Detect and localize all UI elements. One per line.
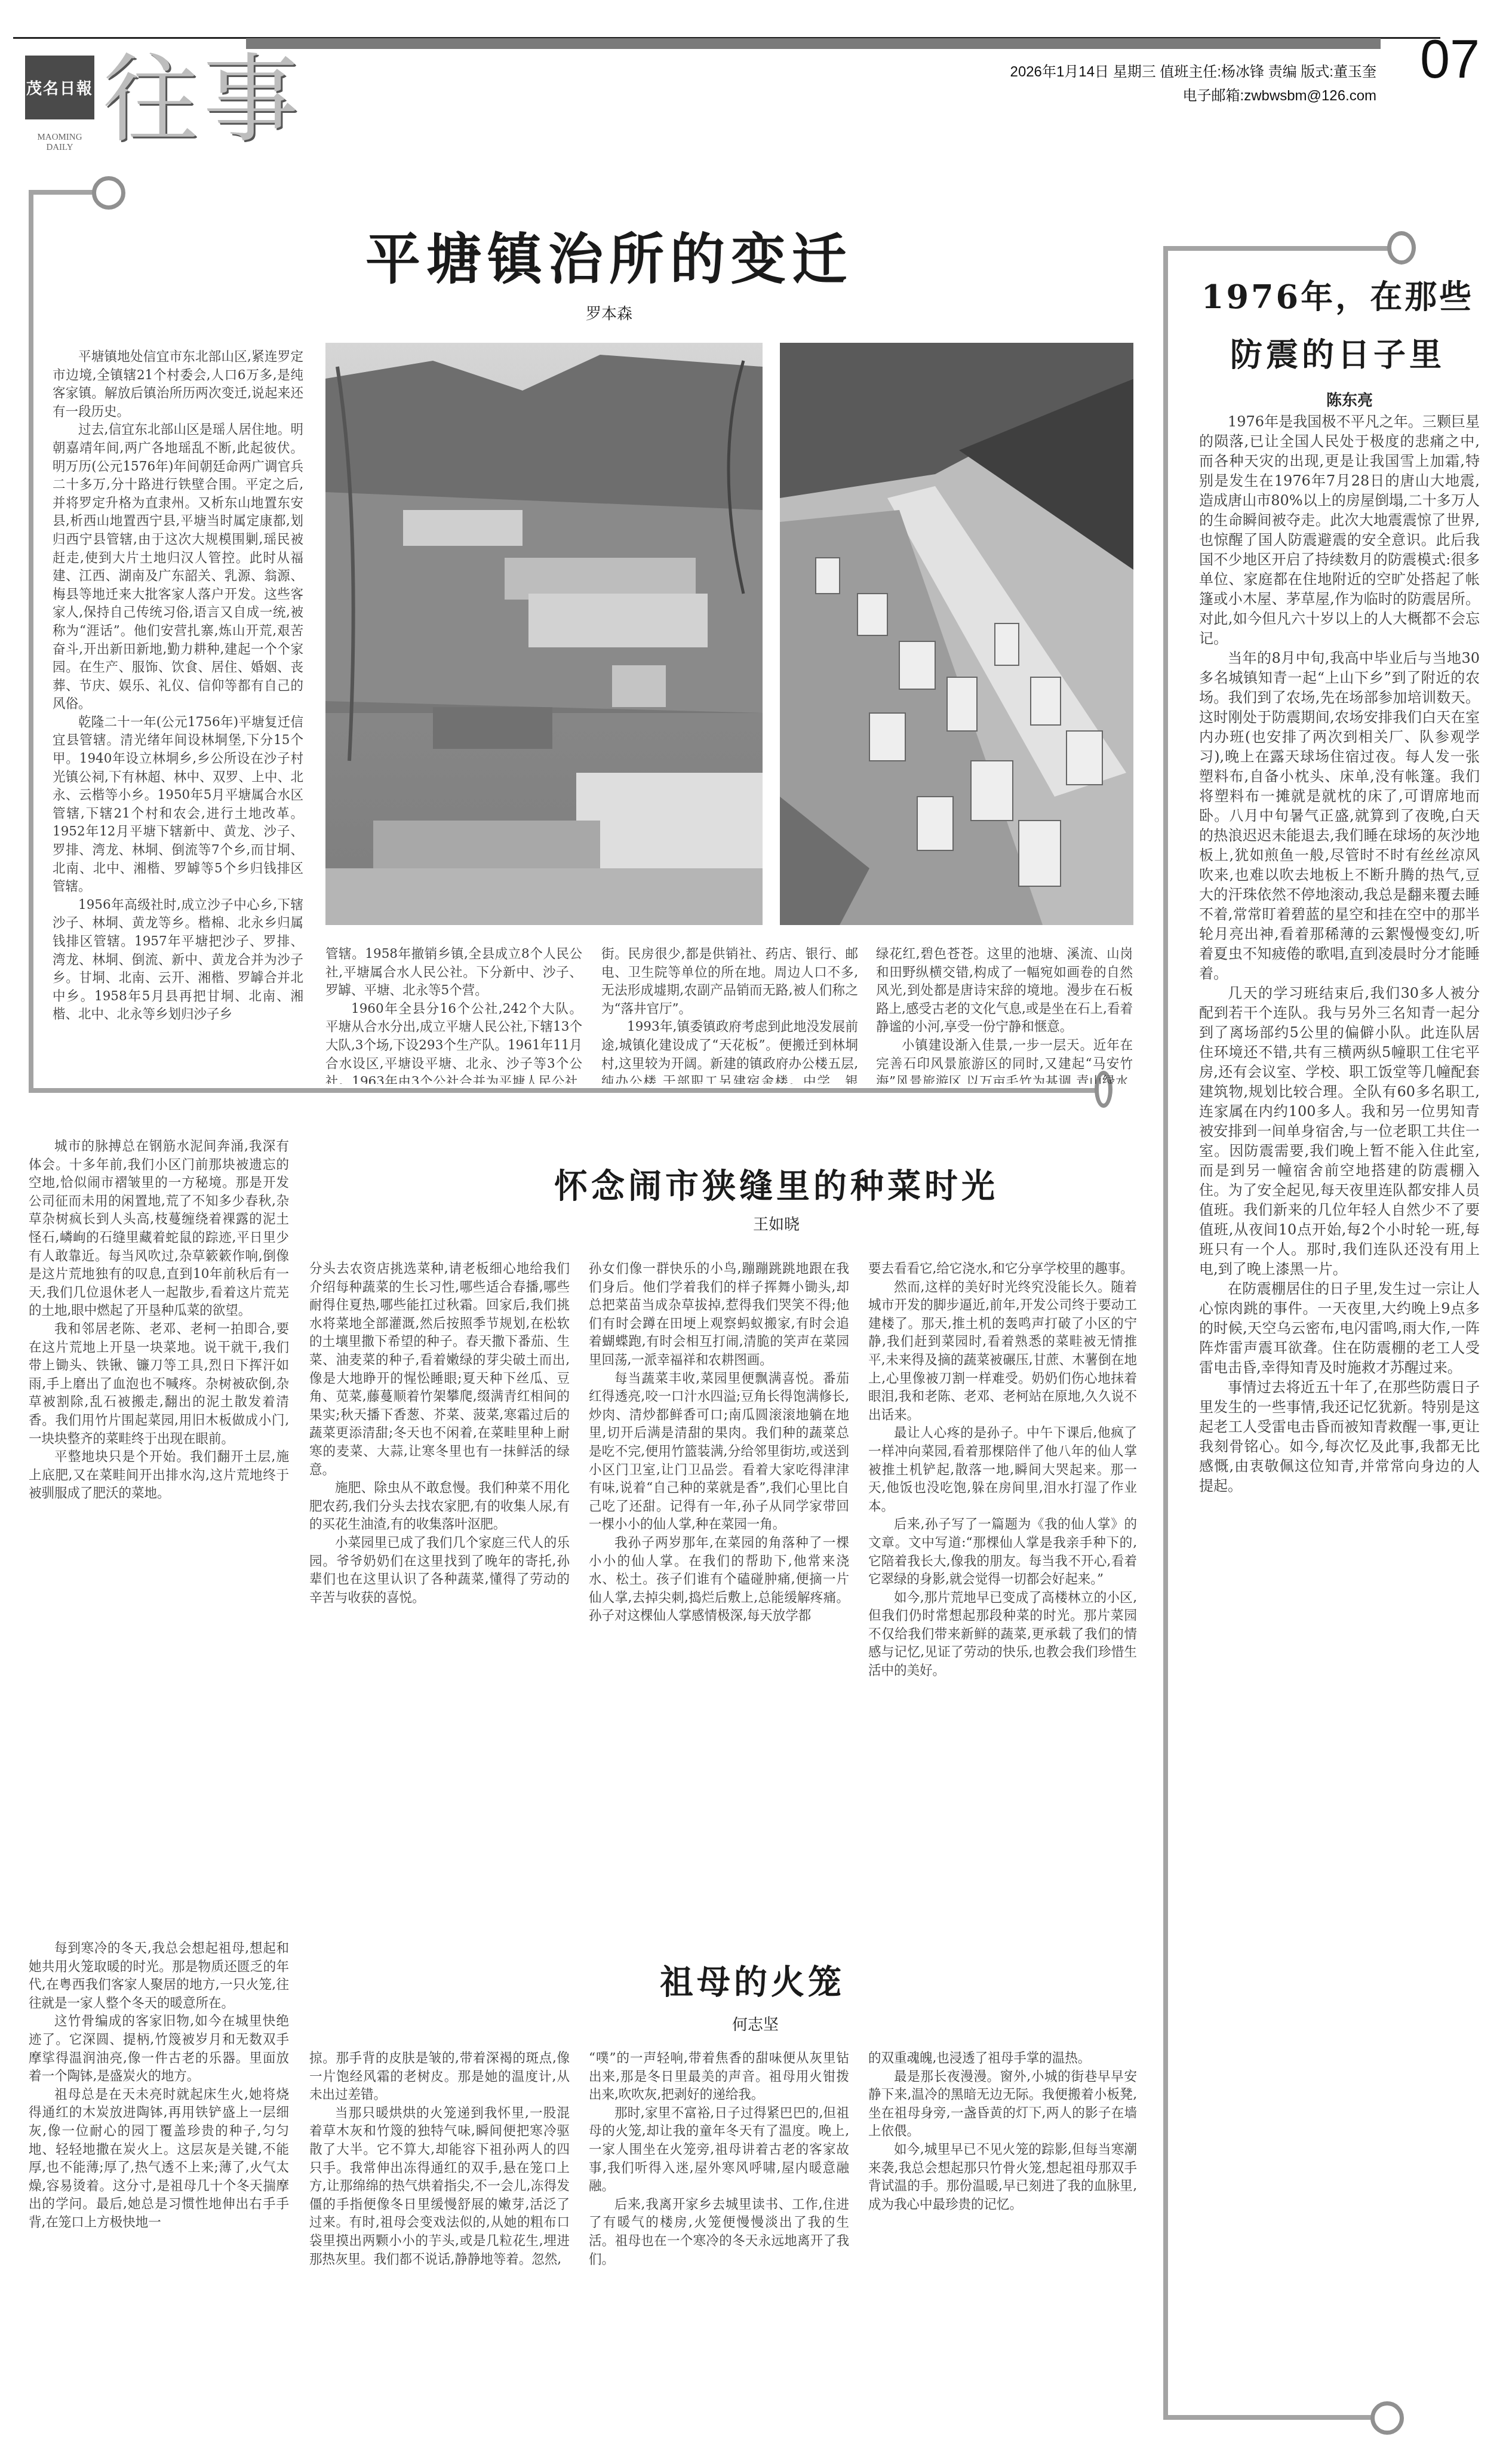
paragraph: 每当蔬菜丰收,菜园里便飘满喜悦。番茄红得透亮,咬一口汁水四溢;豆角长得饱满修长,… [589,1370,849,1534]
article3-column-1: 城市的脉搏总在钢筋水泥间奔涌,我深有体会。十多年前,我们小区门前那块被遗忘的空地… [29,1138,289,1830]
paragraph: 管辖。1958年撤销乡镇,全县成立8个人民公社,平塘属合水人民公社。下分新中、沙… [325,945,582,1000]
paragraph: 这竹骨编成的客家旧物,如今在城里快绝迹了。它深圆、提柄,竹篾被岁月和无数双手摩挲… [29,2013,289,2085]
article2-frame-ring-icon [1387,231,1416,265]
paragraph: 的双重魂魄,也浸透了祖母手掌的温热。 [868,2050,1137,2068]
paragraph: 1960年全县分16个公社,242个大队。平塘从合水分出,成立平塘人民公社,下辖… [325,1000,582,1084]
paragraph: 平整地块只是个开始。我们翻开土层,施上底肥,又在菜畦间开出排水沟,这片荒地终于被… [29,1448,289,1503]
article1-headline[interactable]: 平塘镇治所的变迁 [251,227,967,293]
paragraph: 绿花红,碧色苍苍。这里的池塘、溪流、山岗和田野纵横交错,构成了一幅宛如画卷的自然… [876,945,1133,1037]
masthead-band [246,38,1381,49]
article3-column-2: 分头去农资店挑选菜种,请老板细心地给我们介绍每种蔬菜的生长习性,哪些适合春播,哪… [309,1260,570,1830]
article1-column-3: 街。民房很少,都是供销社、药店、银行、邮电、卫生院等单位的所在地。周边人口不多,… [601,945,858,1084]
article4-column-4: 的双重魂魄,也浸透了祖母手掌的温热。 最是那长夜漫漫。窗外,小城的街巷早早安静下… [868,2050,1137,2435]
page-number: 07 [1420,30,1480,90]
article2-frame-top [1163,246,1390,251]
paragraph: 孙女们像一群快乐的小鸟,蹦蹦跳跳地跟在我们身后。他们学着我们的样子挥舞小锄头,却… [589,1260,849,1370]
article1-photo-old-town[interactable] [325,343,763,925]
article2-frame-bottom [1163,2415,1390,2420]
article3-byline: 王如晓 [705,1212,848,1234]
paragraph: 当那只暖烘烘的火笼递到我怀里,一股混着草木灰和竹篾的独特气味,瞬间便把寒冷驱散了… [309,2104,570,2269]
article1-frame-top [29,190,94,195]
article4-headline[interactable]: 祖母的火笼 [615,1962,890,2004]
article2-byline: 陈东亮 [1278,388,1421,410]
paragraph: 几天的学习班结束后,我们30多人被分配到若干个连队。我与另外三名知青一起分到了离… [1199,984,1480,1279]
paragraph: 过去,信宜东北部山区是瑶人居住地。明朝嘉靖年间,两广各地瑶乱不断,此起彼伏。明万… [53,421,303,714]
article4-column-1: 每到寒冷的冬天,我总会想起祖母,想起和她共用火笼取暖的时光。那是物质还匮乏的年代… [29,1940,289,2435]
article4-column-2: 掠。那手背的皮肤是皱的,带着深褐的斑点,像一片饱经风霜的老树皮。那是她的温度计,… [309,2050,570,2435]
issue-meta: 2026年1月14日 星期三 值班主任:杨冰锋 责编 版式:董玉奎 [1010,60,1376,81]
paragraph: 平塘镇地处信宜市东北部山区,紧连罗定市边境,全镇辖21个村委会,人口6万多,是纯… [53,348,303,421]
article1-column-4: 绿花红,碧色苍苍。这里的池塘、溪流、山岗和田野纵横交错,构成了一幅宛如画卷的自然… [876,945,1133,1084]
article3-column-4: 要去看看它,给它浇水,和它分享学校里的趣事。 然而,这样的美好时光终究没能长久。… [868,1260,1137,1830]
paragraph: 祖母总是在天未亮时就起床生火,她将烧得通红的木炭放进陶钵,再用铁铲盛上一层细灰,… [29,2086,289,2232]
newspaper-logo-english: MAOMING DAILY [25,133,94,153]
article4-column-3: “噗”的一声轻响,带着焦香的甜味便从灰里钻出来,那是冬日里最美的声音。祖母用火钳… [589,2050,849,2435]
article4-byline: 何志坚 [717,2013,794,2035]
paragraph: 那时,家里不富裕,日子过得紧巴巴的,但祖母的火笼,却让我的童年冬天有了温度。晚上… [589,2104,849,2196]
photo-new-town-image [780,343,1133,925]
paragraph: 街。民房很少,都是供销社、药店、银行、邮电、卫生院等单位的所在地。周边人口不多,… [601,945,858,1018]
paragraph: 乾隆二十一年(公元1756年)平塘复迁信宜县管辖。清光绪年间设林垌堡,下分15个… [53,714,303,896]
paragraph: 在防震棚居住的日子里,发生过一宗让人心惊肉跳的事件。一天夜里,大约晚上9点多的时… [1199,1279,1480,1378]
paragraph: 后来,我离开家乡去城里读书、工作,住进了有暖气的楼房,火笼便慢慢淡出了我的生活。… [589,2196,849,2269]
article1-byline: 罗本森 [537,302,681,324]
paragraph: 小镇建设渐入佳景,一步一层天。近年在完善石印风景旅游区的同时,又建起“马安竹海”… [876,1037,1133,1084]
paragraph: “噗”的一声轻响,带着焦香的甜味便从灰里钻出来,那是冬日里最美的声音。祖母用火钳… [589,2050,849,2104]
article1-photo-new-town[interactable] [780,343,1133,925]
paragraph: 如今,城里早已不见火笼的踪影,但每当寒潮来袭,我总会想起那只竹骨火笼,想起祖母那… [868,2141,1137,2214]
article1-column-2: 管辖。1958年撤销乡镇,全县成立8个人民公社,平塘属合水人民公社。下分新中、沙… [325,945,582,1084]
photo-old-town-image [325,343,763,925]
paragraph: 我和邻居老陈、老邓、老柯一拍即合,要在这片荒地上开垦一块菜地。说干就干,我们带上… [29,1320,289,1448]
paragraph: 我孙子两岁那年,在菜园的角落种了一棵小小的仙人掌。在我们的帮助下,他常来浇水、松… [589,1534,849,1626]
paragraph: 最让人心疼的是孙子。中午下课后,他疯了一样冲向菜园,看着那棵陪伴了他八年的仙人掌… [868,1424,1137,1516]
paragraph: 然而,这样的美好时光终究没能长久。随着城市开发的脚步逼近,前年,开发公司终于要动… [868,1279,1137,1425]
paragraph: 掠。那手背的皮肤是皱的,带着深褐的斑点,像一片饱经风霜的老树皮。那是她的温度计,… [309,2050,570,2104]
paragraph: 1976年是我国极不平凡之年。三颗巨星的陨落,已让全国人民处于极度的悲痛之中,而… [1199,412,1480,649]
article2-headline-line2[interactable]: 防震的日子里 [1188,334,1487,376]
article2-headline-line1[interactable]: 1976年，在那些 [1188,276,1487,318]
article1-frame-bottom [29,1088,1098,1093]
paragraph: 1993年,镇委镇政府考虑到此地没发展前途,城镇化建设成了“天花板”。便搬迁到林… [601,1018,858,1084]
article3-column-3: 孙女们像一群快乐的小鸟,蹦蹦跳跳地跟在我们身后。他们学着我们的样子挥舞小锄头,却… [589,1260,849,1830]
paragraph: 事情过去将近五十年了,在那些防震日子里发生的一些事情,我还记忆犹新。特别是这起老… [1199,1378,1480,1496]
article1-column-1: 平塘镇地处信宜市东北部山区,紧连罗定市边境,全镇辖21个村委会,人口6万多,是纯… [53,348,303,1083]
paragraph: 如今,那片荒地早已变成了高楼林立的小区,但我们仍时常想起那段种菜的时光。那片菜园… [868,1589,1137,1680]
paragraph: 小菜园里已成了我们几个家庭三代人的乐园。爷爷奶奶们在这里找到了晚年的寄托,孙辈们… [309,1534,570,1607]
paragraph: 施肥、除虫从不敢怠慢。我们种菜不用化肥农药,我们分头去找农家肥,有的收集人尿,有… [309,1479,570,1534]
paragraph: 城市的脉搏总在钢筋水泥间奔涌,我深有体会。十多年前,我们小区门前那块被遗忘的空地… [29,1138,289,1320]
article2-body: 1976年是我国极不平凡之年。三颗巨星的陨落,已让全国人民处于极度的悲痛之中,而… [1199,412,1480,2407]
article2-frame-left [1163,246,1168,2420]
paragraph: 要去看看它,给它浇水,和它分享学校里的趣事。 [868,1260,1137,1279]
editor-email[interactable]: 电子邮箱:zwbwsbm@126.com [1183,84,1376,105]
section-title: 往事 [103,49,303,150]
paragraph: 每到寒冷的冬天,我总会想起祖母,想起和她共用火笼取暖的时光。那是物质还匮乏的年代… [29,1940,289,2013]
paragraph: 分头去农资店挑选菜种,请老板细心地给我们介绍每种蔬菜的生长习性,哪些适合春播,哪… [309,1260,570,1479]
article1-frame-left [29,190,33,1090]
paragraph: 1956年高级社时,成立沙子中心乡,下辖沙子、林垌、黄龙等乡。楷棉、北永乡归属钱… [53,896,303,1024]
paragraph: 最是那长夜漫漫。窗外,小城的街巷早早安静下来,温冷的黑暗无边无际。我便搬着小板凳… [868,2068,1137,2141]
article3-headline[interactable]: 怀念闹市狭缝里的种菜时光 [418,1166,1135,1208]
paragraph: 当年的8月中旬,我高中毕业后与当地30多名城镇知青一起“上山下乡”到了附近的农场… [1199,649,1480,984]
paragraph: 后来,孙子写了一篇题为《我的仙人掌》的文章。文中写道:“那棵仙人掌是我亲手种下的… [868,1516,1137,1589]
newspaper-logo[interactable]: 茂名日報 [25,56,94,119]
article1-frame-ring-icon [92,176,125,210]
